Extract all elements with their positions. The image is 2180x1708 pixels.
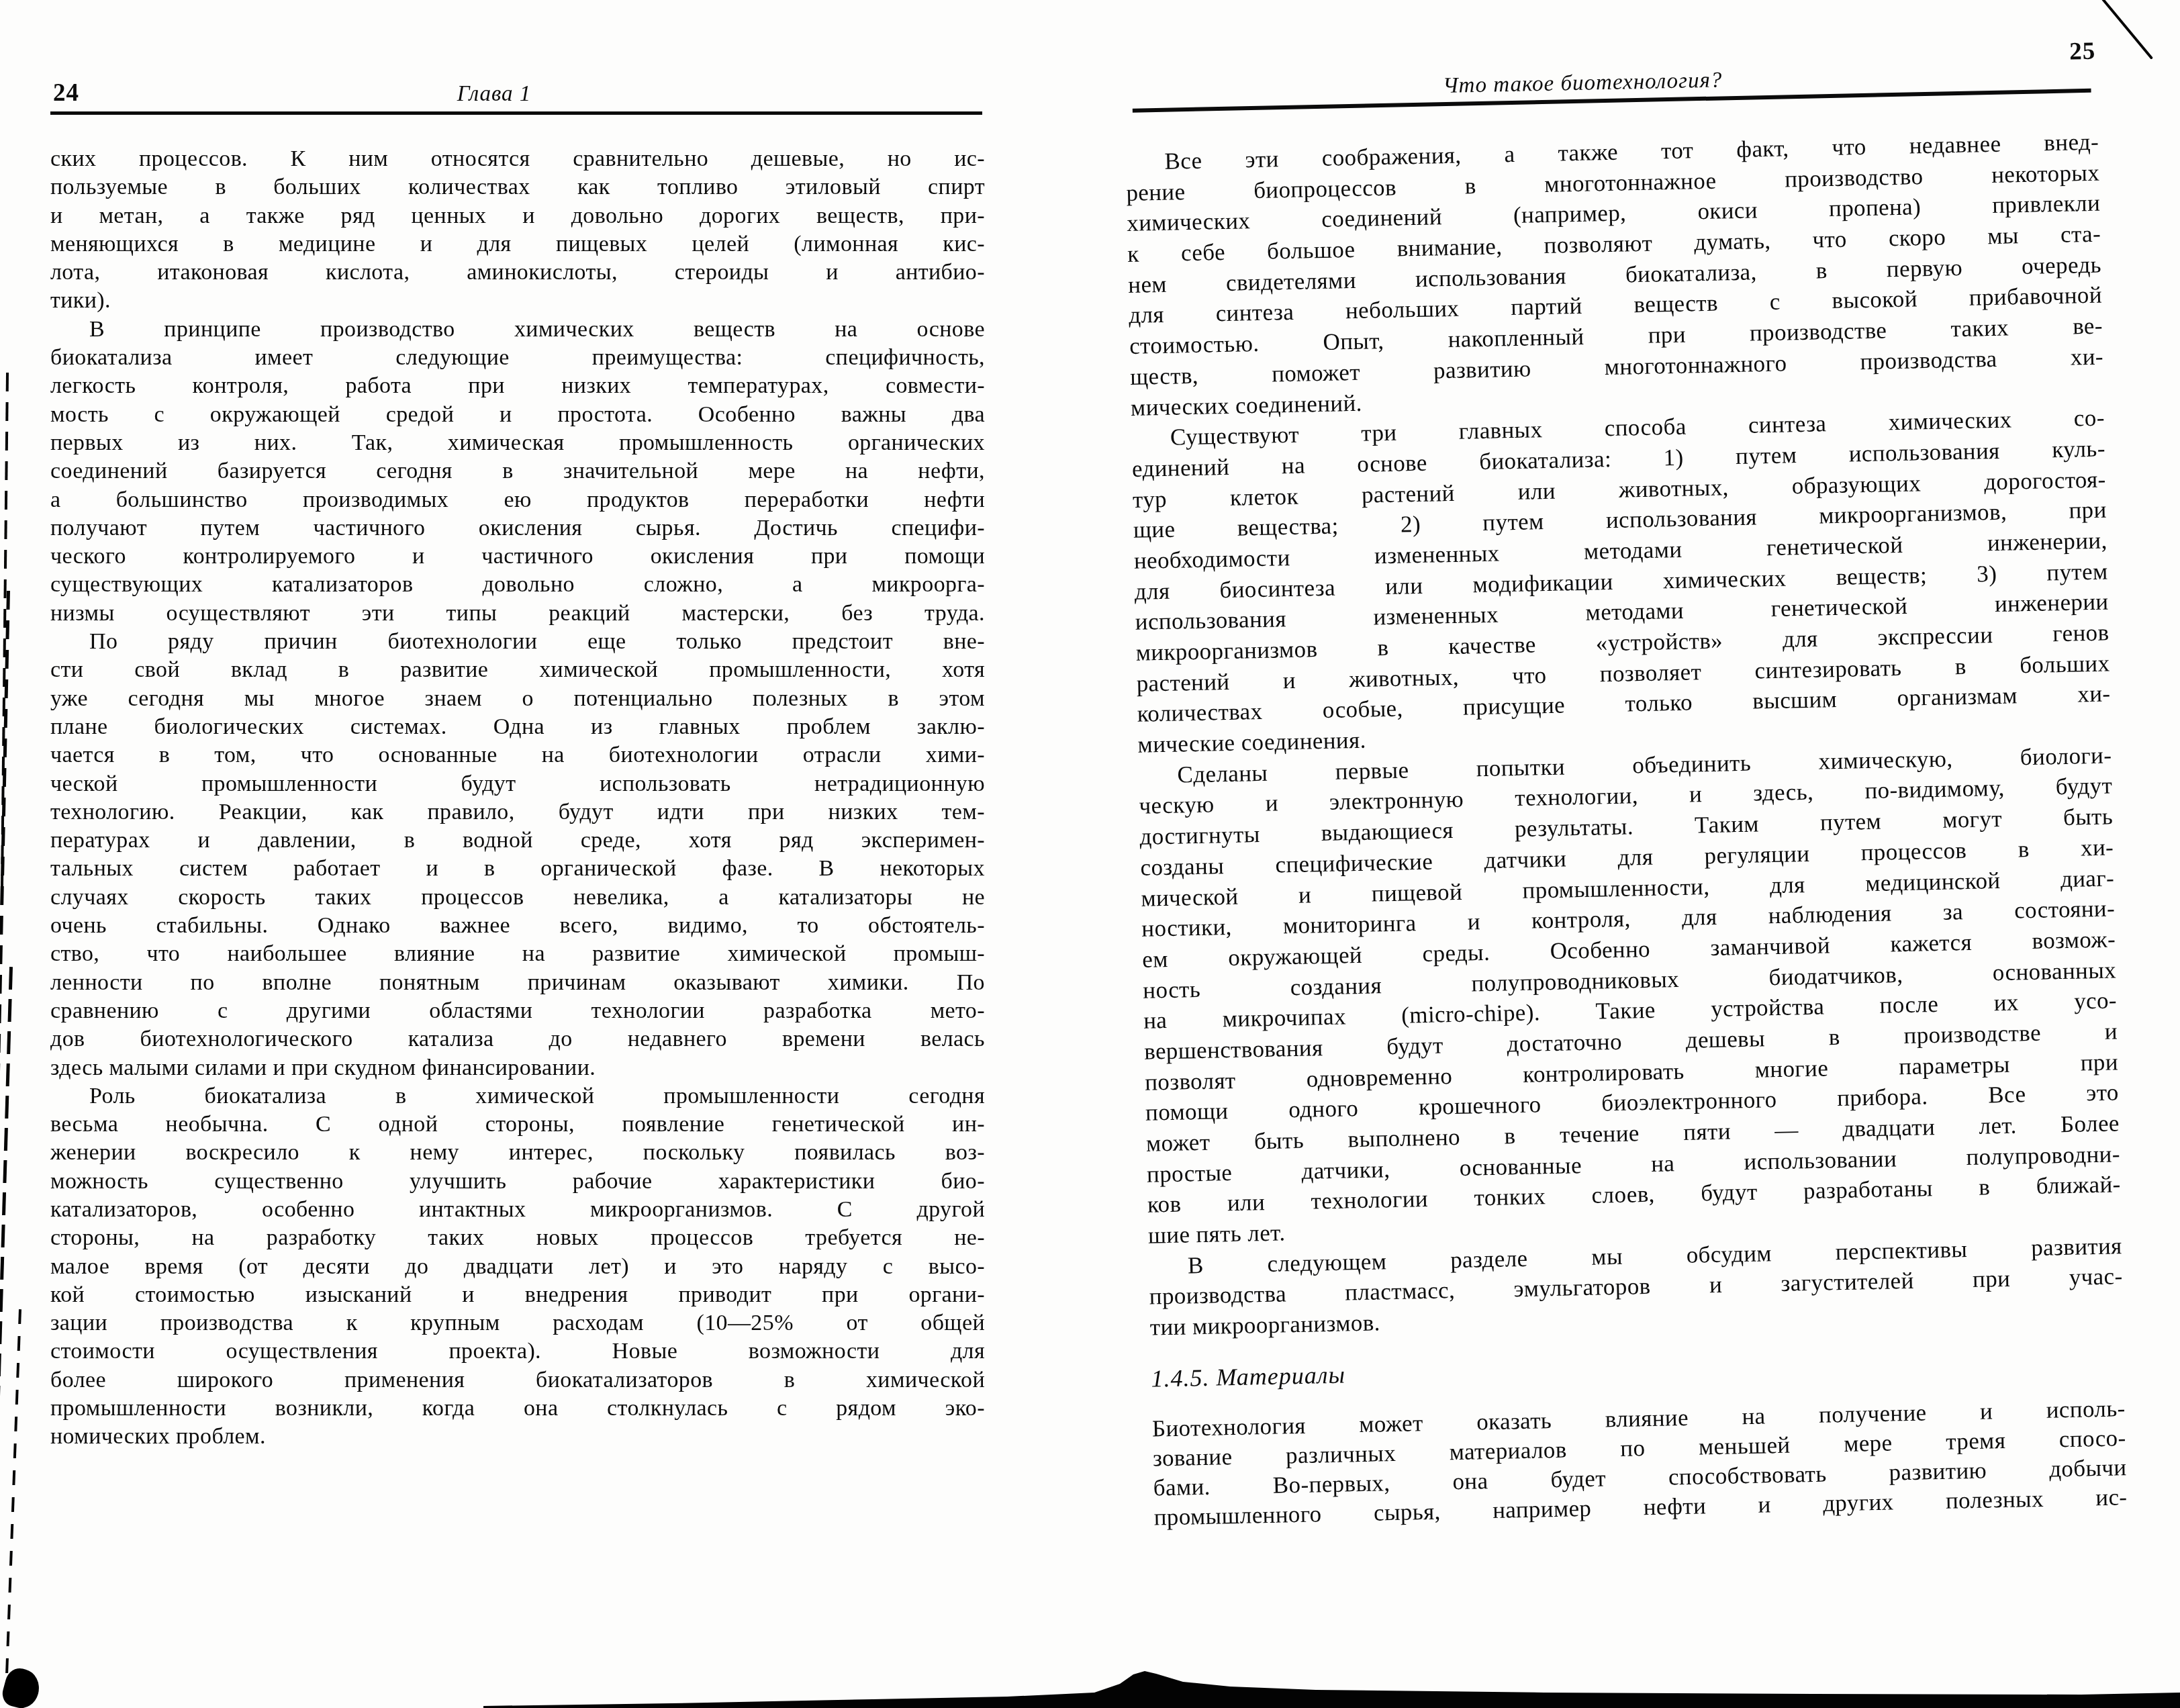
text-line: кой стоимостью изысканий и внедрения при… — [50, 1281, 985, 1309]
text-line: первых из них. Так, химическая промышлен… — [50, 429, 985, 457]
text-line: а большинство производимых ею продуктов … — [50, 486, 985, 514]
text-line: плане биологических системах. Одна из гл… — [50, 713, 985, 741]
text-line: В принципе производство химических вещес… — [50, 316, 985, 344]
text-line: низмы осуществляют эти типы реакций маст… — [50, 600, 985, 628]
text-line: случаях скорость таких процессов невелик… — [50, 884, 985, 912]
page-number-right: 25 — [2069, 39, 2096, 64]
text-line: чается в том, что основанные на биотехно… — [50, 741, 985, 769]
text-line: пользуемые в больших количествах как топ… — [50, 173, 985, 201]
text-line: сравнению с другими областями технологии… — [50, 997, 985, 1025]
text-line: сти свой вклад в развитие химической про… — [50, 656, 985, 684]
text-line: уже сегодня мы многое знаем о потенциаль… — [50, 685, 985, 713]
page-right: 25 Что такое биотехнология? Все эти сооб… — [1122, 0, 2131, 1707]
text-line: технологию. Реакции, как правило, будут … — [50, 798, 985, 826]
text-line: пературах и давлении, в водной среде, хо… — [50, 826, 985, 855]
text-line: можность существенно улучшить рабочие ха… — [50, 1168, 985, 1196]
text-line: и метан, а также ряд ценных и довольно д… — [50, 202, 985, 230]
text-line: более широкого применения биокатализатор… — [50, 1366, 985, 1394]
text-line: промышленности возникли, когда она столк… — [50, 1394, 985, 1423]
text-line: стоимости осуществления проекта). Новые … — [50, 1337, 985, 1366]
text-column-right: Все эти соображения, а также тот факт, ч… — [1125, 127, 2128, 1533]
text-column-left: ских процессов. К ним относятся сравните… — [50, 145, 985, 1452]
text-line: катализаторов, особенно интактных микроо… — [50, 1196, 985, 1224]
header-rule-left — [50, 111, 982, 115]
text-block-section: Биотехнология может оказать влияние на п… — [1152, 1394, 2128, 1532]
text-line: ческого контролируемого и частичного оки… — [50, 542, 985, 571]
text-line: меняющихся в медицине и для пищевых целе… — [50, 230, 985, 258]
book-scan: { "colors": {"ink": "#0c0c0c", "paper": … — [0, 0, 2180, 1708]
text-line: дов биотехнологического катализа до неда… — [50, 1025, 985, 1053]
text-line: здесь малыми силами и при скудном финанс… — [50, 1054, 985, 1082]
binding-mark — [0, 967, 13, 1708]
text-line: По ряду причин биотехнологии еще только … — [50, 628, 985, 656]
text-line: тики). — [50, 287, 985, 315]
text-line: лота, итаконовая кислота, аминокислоты, … — [50, 258, 985, 287]
binding-mark — [4, 1309, 21, 1708]
text-line: легкость контроля, работа при низких тем… — [50, 372, 985, 400]
binding-mark — [0, 591, 10, 1437]
text-block-main: Все эти соображения, а также тот факт, ч… — [1125, 127, 2124, 1343]
text-line: очень стабильны. Однако важнее всего, ви… — [50, 912, 985, 940]
text-line: ство, что наибольшее влияние на развитие… — [50, 940, 985, 968]
text-line: мость с окружающей средой и простота. Ос… — [50, 401, 985, 429]
text-line: соединений базируется сегодня в значител… — [50, 457, 985, 485]
text-line: зации производства к крупным расходам (1… — [50, 1309, 985, 1337]
running-title-left: Глава 1 — [27, 82, 961, 106]
text-line: весьма необычна. С одной стороны, появле… — [50, 1110, 985, 1139]
text-line: стороны, на разработку таких новых проце… — [50, 1224, 985, 1252]
text-line: женерии воскресило к нему интерес, поско… — [50, 1139, 985, 1167]
corner-fold-line — [2101, 0, 2153, 60]
text-line: малое время (от десяти до двадцати лет) … — [50, 1253, 985, 1281]
text-line: биокатализа имеет следующие преимущества… — [50, 344, 985, 372]
text-line: номических проблем. — [50, 1423, 985, 1451]
text-line: ских процессов. К ним относятся сравните… — [50, 145, 985, 173]
text-line: Роль биокатализа в химической промышленн… — [50, 1082, 985, 1110]
text-line: получают путем частичного окисления сырь… — [50, 514, 985, 542]
text-line: существующих катализаторов довольно слож… — [50, 571, 985, 599]
text-line: ленности по вполне понятным причинам ока… — [50, 969, 985, 997]
ink-blob — [0, 1665, 44, 1708]
page-left: 24 Глава 1 ских процессов. К ним относят… — [50, 0, 985, 1708]
text-line: ческой промышленности будут использовать… — [50, 770, 985, 798]
section-heading: 1.4.5. Материалы — [1151, 1343, 2125, 1394]
binding-mark — [1, 373, 9, 890]
text-line: тальных систем работает и в органической… — [50, 855, 985, 883]
